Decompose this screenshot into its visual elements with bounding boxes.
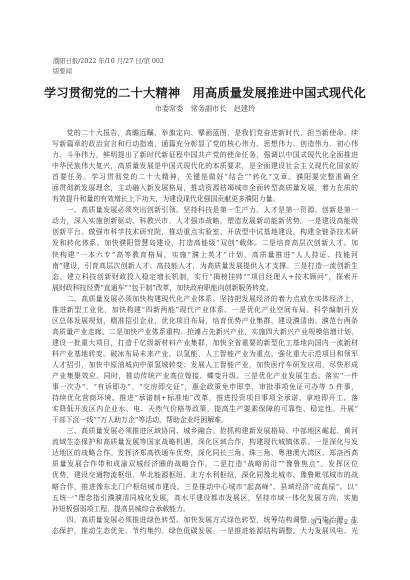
body-text-line: 动力，深入实施创新驱动、科教兴市、人才强市战略，塑造发展新动能新优势。一是建设高…: [52, 216, 358, 227]
body-text-line: 首要任务。学习贯彻党的二十大精神，关键是做好“结合”“转化”文章。濮阳要完整准确…: [52, 172, 358, 183]
body-text-line: 优势，建设交通物流枢纽、华北能源枢纽、北方水利枢纽，深化同豫北城市、豫鲁毗邻城市…: [52, 470, 358, 481]
body-text-line: 略合作，推进豫东北门户枢纽城市建设。三是推动中心城市“起高峰”、县域经济“成高原…: [52, 482, 358, 493]
section-line: 版要闻: [53, 67, 164, 77]
body-text-line: 补短板强弱项工程，提高县城综合承载能力。: [52, 504, 358, 515]
body-text-line: 三、高质量发展必须推进区域协同、城乡融合。抢抓构建新发展格局、中部地区崛起、黄河: [52, 426, 358, 437]
body-text-line: 有效提升和量的有效增长上下功夫，为建设现代化强国贡献更多濮阳力量。: [52, 194, 358, 205]
body-text-line: 发和转化体系。加快濮阳智慧岛建设，打造高能级“双创”载体。二是培育高层次创新人才…: [52, 238, 358, 249]
body-text-line: 持续优化营商环境。推进“承诺制+标准地”改革，推进投资项目事项全承诺、拿地即开工…: [52, 393, 358, 404]
body-text-line: 料产业基地转变。破冰布局未来产业，以氢能、人工智能产业为重点，强化重大示范项目和…: [52, 349, 358, 360]
body-text-line: 产业集聚效应。同时，推动传统产业高位嫁接、蝶变升级。三是优化产业发展生态。落实“…: [52, 371, 358, 382]
article-title: 学习贯彻党的二十大精神 用高质量发展推进中国式现代化: [0, 84, 410, 101]
source-line: 濮阳日报/2022 年/10 月/27 日/第 002: [53, 57, 164, 67]
article-byline: 市委常委 常务副市长 赵建玲: [0, 104, 410, 114]
body-text-line: 实降低开发区内企业水、电、天然气价格等政策，提高生产要素保障的可靠性、稳定性。开…: [52, 404, 358, 415]
body-text-line: 质量发展合作带和成渝双城经济圈的战略合作。二是打造“战略前沿”“豫鲁焦点”。发挥…: [52, 459, 358, 470]
body-text-line: 南”建设，引育高层次创新人才、高技能人才，为高质量发展提供人才支撑。三是打造一流…: [52, 261, 358, 272]
body-text-line: 力、斗争伟力，鲜明提出了新时代新征程中国共产党的使命任务，强调以中国式现代化全面…: [52, 150, 358, 161]
body-text-line: 推进新型工业化，加快构建“四新两能”现代产业体系。一是优化产业空间布局。科学编制…: [52, 305, 358, 316]
source-meta: 濮阳日报/2022 年/10 月/27 日/第 002 版要闻: [53, 57, 164, 77]
body-text-line: 流域生态保护和高质量发展等国家战略机遇，深化区域合作，构建现代城镇体系。一是深化…: [52, 437, 358, 448]
body-text-line: 态。建立科技创新财政投入稳定增长机制，实行“揭榜挂帅”“项目经理人+技术顾问”，…: [52, 272, 358, 283]
body-text-line: 二、高质量发展必须加快构建现代化产业体系。坚持把发展经济的着力点放在实体经济上，: [52, 294, 358, 305]
body-text-line: 人才招引，加快中原油城向中原氢城转变；发展人工智能产业，加快医疗车研发应用，尽快…: [52, 360, 358, 371]
body-text-line: 面贯彻新发展理念，主动融入新发展格局，推动资源枯竭城市全面转型高质量发展，着力在…: [52, 183, 358, 194]
body-text-line: 一、高质量发展必须突出创新引领。坚持科技是第一生产力、人才是第一资源、创新是第一: [52, 205, 358, 216]
body-text-line: 建设一批重大项目，打造千亿级新材料产业集群，加快全省重要的新型化工基地向国内一流…: [52, 338, 358, 349]
page-indicator: 第 1 页 共 2 页: [310, 517, 357, 526]
body-text-line: 党的二十大报告，高瞻远瞩、举旗定向、擘画蓝图，是我们党奋进新时代、担当新使命、续: [52, 128, 358, 139]
article-body: 党的二十大报告，高瞻远瞩、举旗定向、擘画蓝图，是我们党奋进新时代、担当新使命、续…: [52, 128, 358, 537]
body-text-line: 写新篇章的政治宣言和行动指南，通篇充分彰显了党的核心伟力、思想伟力、创造伟力、初…: [52, 139, 358, 150]
body-text-line: 中华民族伟大复兴，高质量发展是中国式现代化的本质要求，是全面建设社会主义现代化国…: [52, 161, 358, 172]
body-text-line: 五统一”理念指引濮濮清同城化发展，高水平建设都市发展区，坚持市域一体化发展方向，…: [52, 493, 358, 504]
body-text-line: 展财政科技经费“直通车”“包干制”改革，加快政府职能向创新服务转变。: [52, 283, 358, 294]
body-text-line: 干部下沉一线”“万人助万企”等活动，帮助企业纾困解难。: [52, 415, 358, 426]
body-text-line: 达地区的战略合作。发挥济郑高铁通车优势，深化同长三角、珠三角、粤港澳大湾区、郑洛…: [52, 448, 358, 459]
body-text-line: 高质量产业走廊。二是加快产业体系重构。抢滩占先新兴产业，实施四大新兴产业规模倍增…: [52, 327, 358, 338]
body-text-line: 创新平台。做强市科学技术研究院，推动重点实验室、开放型中试基地建设，构建全链条技…: [52, 227, 358, 238]
document-page: 濮阳日报/2022 年/10 月/27 日/第 002 版要闻 学习贯彻党的二十…: [0, 0, 410, 580]
body-text-line: 态保护，推动生态优先、节约集约、绿色低碳发展。一是推进能源结构调整。大力发展风电…: [52, 526, 358, 537]
body-text-line: 快构建“一本六专”高等教育格局，实施“濮上英才”计划，高质量推进“人人持证、技能…: [52, 250, 358, 261]
body-text-line: 区总体发展规划，精准招引企业，优化项目布局，培育优势产业集群，建设濮清南、濮范台…: [52, 316, 358, 327]
body-text-line: 事一次办”、“有诉即办”、“交房即交证”，惠企政策免申即享，审批事项免证可办等 …: [52, 382, 358, 393]
